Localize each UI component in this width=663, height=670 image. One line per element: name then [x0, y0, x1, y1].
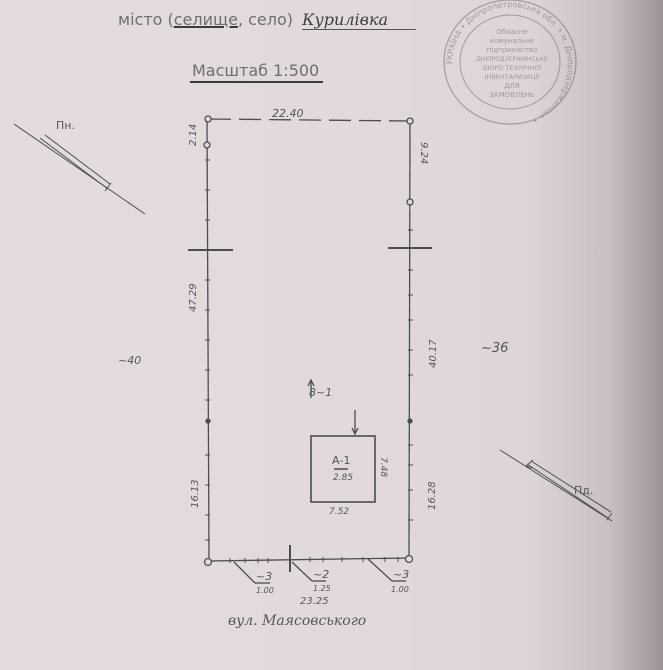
left-dim-3: 16.13: [190, 479, 201, 508]
right-dim-1: 9.24: [418, 142, 429, 164]
left-dim-1: 2.14: [188, 124, 199, 146]
entrance-2-label: ~2: [313, 568, 329, 581]
entrance-3-width: 1.00: [391, 585, 409, 594]
south-label: Пд.: [574, 484, 593, 497]
top-dimension: 22.40: [272, 107, 304, 120]
right-boundary: [409, 121, 410, 558]
street-label: вул. Маясовського: [228, 613, 366, 629]
south-arrow-icon: [500, 450, 612, 521]
building-height: 2.85: [333, 473, 353, 483]
north-label: Пн.: [56, 119, 75, 132]
right-dim-3: 16.28: [427, 481, 438, 510]
bottom-dimension: 23.25: [300, 596, 329, 607]
north-arrow-icon: [14, 124, 145, 214]
left-dim-2: 47.29: [188, 283, 199, 312]
building-depth: 7.48: [378, 457, 388, 477]
fence-marker: 8~1: [309, 386, 332, 399]
top-boundary: [209, 119, 410, 121]
building-label: А-1: [332, 454, 351, 467]
right-dim-2: 40.17: [428, 339, 439, 368]
neighbor-left: ~40: [118, 354, 141, 367]
entrance-1-label: ~3: [256, 570, 272, 583]
building-width: 7.52: [329, 507, 349, 517]
site-plan-drawing: 22.40 2.14 47.29 16.13 9.24 40.17 16.28 …: [0, 0, 663, 670]
entrance-2-width: 1.25: [313, 584, 331, 593]
neighbor-right: ~36: [481, 341, 508, 356]
entrance-3-label: ~3: [393, 568, 409, 581]
entrance-1-width: 1.00: [256, 586, 274, 595]
bottom-boundary: [209, 558, 409, 561]
